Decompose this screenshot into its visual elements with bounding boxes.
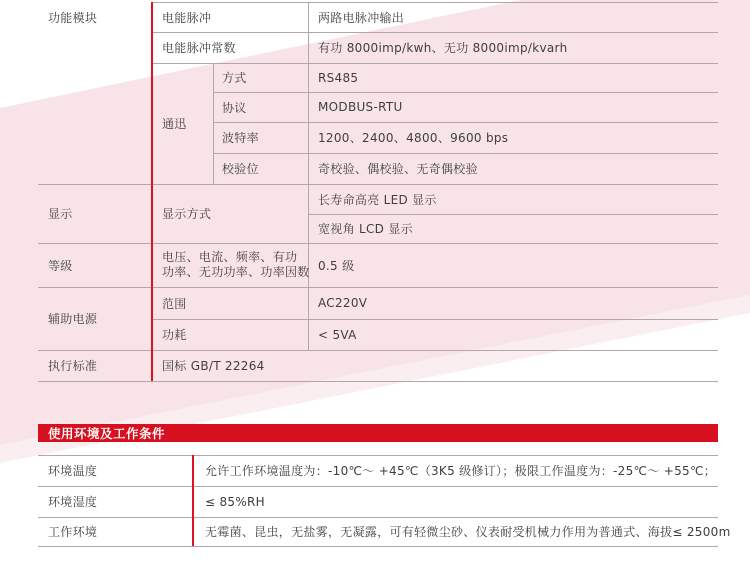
row-value-grade: 0.5 级 xyxy=(318,243,354,287)
row-value-consumption: < 5VA xyxy=(318,319,357,350)
row-label-pulse-constant: 电能脉冲常数 xyxy=(162,32,236,63)
grid-line-v xyxy=(308,2,309,350)
row-label-comm-parity: 校验位 xyxy=(222,153,259,184)
row-value-pulse: 两路电脉冲输出 xyxy=(318,2,404,32)
row-value-comm-baud: 1200、2400、4800、9600 bps xyxy=(318,122,508,153)
grade-label-line1: 电压、电流、频率、有功 xyxy=(162,250,297,265)
row-value-display-lcd: 宽视角 LCD 显示 xyxy=(318,214,413,243)
row-label-comm-mode: 方式 xyxy=(222,63,247,92)
grid-line-h xyxy=(38,381,718,382)
row-value-range: AC220V xyxy=(318,287,367,319)
grid-line-h xyxy=(38,287,718,288)
row-value-standard: 国标 GB/T 22264 xyxy=(162,350,265,381)
row-label-grade: 电压、电流、频率、有功 功率、无功功率、功率因数 xyxy=(162,243,310,287)
row-label-comm-baud: 波特率 xyxy=(222,122,259,153)
grid-line-h xyxy=(152,319,718,320)
section-label-aux-power: 辅助电源 xyxy=(48,287,97,350)
env-row-value-temperature: 允许工作环境温度为：-10℃～ +45℃（3K5 级修订）；极限工作温度为：-2… xyxy=(205,455,716,486)
row-value-comm-mode: RS485 xyxy=(318,63,358,92)
row-label-range: 范围 xyxy=(162,287,187,319)
env-row-label-humidity: 环境湿度 xyxy=(48,486,97,517)
row-label-comm: 通迅 xyxy=(162,63,187,184)
section-label-display: 显示 xyxy=(48,184,73,243)
grid-line-h xyxy=(213,92,718,93)
row-label-comm-protocol: 协议 xyxy=(222,92,247,122)
product-spec-page: 功能模块 显示 等级 辅助电源 执行标准 电能脉冲 电能脉冲常数 通迅 显示方式… xyxy=(0,0,750,573)
grid-line-h xyxy=(38,546,718,547)
row-label-consumption: 功耗 xyxy=(162,319,187,350)
grid-line-v xyxy=(213,63,214,184)
env-row-value-humidity: ≤ 85%RH xyxy=(205,486,265,517)
grid-line-h xyxy=(38,243,718,244)
row-value-pulse-constant: 有功 8000imp/kwh、无功 8000imp/kvarh xyxy=(318,32,567,63)
row-value-display-led: 长寿命高亮 LED 显示 xyxy=(318,184,437,214)
grid-line-h xyxy=(38,486,718,487)
grid-line-h xyxy=(38,350,718,351)
row-value-comm-protocol: MODBUS-RTU xyxy=(318,92,403,122)
env-row-value-working-env: 无霉菌、昆虫，无盐雾，无凝露，可有轻微尘砂、仪表耐受机械力作用为普通式、海拔≤ … xyxy=(205,517,731,546)
row-value-comm-parity: 奇校验、偶校验、无奇偶校验 xyxy=(318,153,478,184)
env-row-label-temperature: 环境温度 xyxy=(48,455,97,486)
section-label-standard: 执行标准 xyxy=(48,350,97,381)
env-section-title: 使用环境及工作条件 xyxy=(48,424,165,442)
section-label-function-module: 功能模块 xyxy=(48,2,97,32)
env-row-label-working-env: 工作环境 xyxy=(48,517,97,546)
row-label-display-mode: 显示方式 xyxy=(162,184,211,243)
grade-label-line2: 功率、无功功率、功率因数 xyxy=(162,265,310,280)
red-divider-line xyxy=(192,455,194,546)
grid-line-h xyxy=(152,2,718,3)
red-divider-line xyxy=(151,2,153,381)
env-section-header: 使用环境及工作条件 xyxy=(38,424,718,442)
section-label-grade: 等级 xyxy=(48,243,73,287)
row-label-pulse: 电能脉冲 xyxy=(162,2,211,32)
